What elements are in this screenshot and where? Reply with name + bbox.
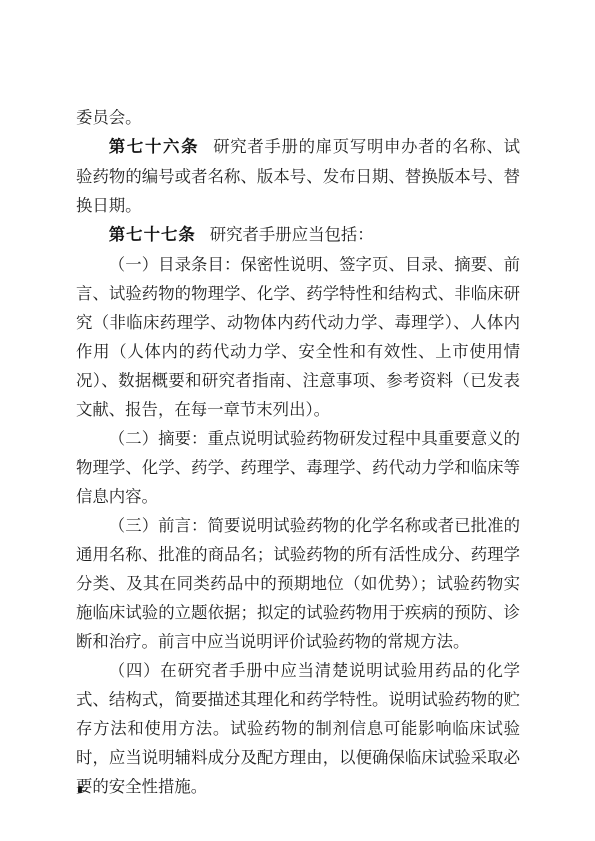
paragraph-continuation: 委员会。: [76, 103, 520, 132]
article-number-77: 第七十七条: [109, 226, 196, 244]
paragraph-text: （三）前言：简要说明试验药物的化学名称或者已批准的通用名称、批准的商品名；试验药…: [76, 516, 520, 651]
paragraph-article-76: 第七十六条研究者手册的扉页写明申办者的名称、试验药物的编号或者名称、版本号、发布…: [76, 132, 520, 220]
paragraph-text: （二）摘要：重点说明试验药物研发过程中具重要意义的物理学、化学、药学、药理学、毒…: [76, 429, 520, 506]
document-page: 委员会。 第七十六条研究者手册的扉页写明申办者的名称、试验药物的编号或者名称、版…: [0, 0, 595, 841]
paragraph-text: 委员会。: [76, 108, 142, 127]
paragraph-text: （一）目录条目：保密性说明、签字页、目录、摘要、前言、试验药物的物理学、化学、药…: [76, 255, 520, 419]
paragraph-item-3: （三）前言：简要说明试验药物的化学名称或者已批准的通用名称、批准的商品名；试验药…: [76, 511, 520, 656]
article-number-76: 第七十六条: [109, 138, 199, 156]
page-text-block: 委员会。 第七十六条研究者手册的扉页写明申办者的名称、试验药物的编号或者名称、版…: [76, 103, 520, 801]
paragraph-item-4: （四）在研究者手册中应当清楚说明试验用药品的化学式、结构式，简要描述其理化和药学…: [76, 656, 520, 801]
paragraph-article-77: 第七十七条研究者手册应当包括：: [76, 220, 520, 250]
paragraph-text: （四）在研究者手册中应当清楚说明试验用药品的化学式、结构式，简要描述其理化和药学…: [76, 661, 520, 796]
scan-artifact-speck: [78, 786, 82, 793]
paragraph-item-2: （二）摘要：重点说明试验药物研发过程中具重要意义的物理学、化学、药学、药理学、毒…: [76, 424, 520, 511]
paragraph-text: 研究者手册应当包括：: [210, 225, 374, 244]
paragraph-item-1: （一）目录条目：保密性说明、签字页、目录、摘要、前言、试验药物的物理学、化学、药…: [76, 250, 520, 424]
